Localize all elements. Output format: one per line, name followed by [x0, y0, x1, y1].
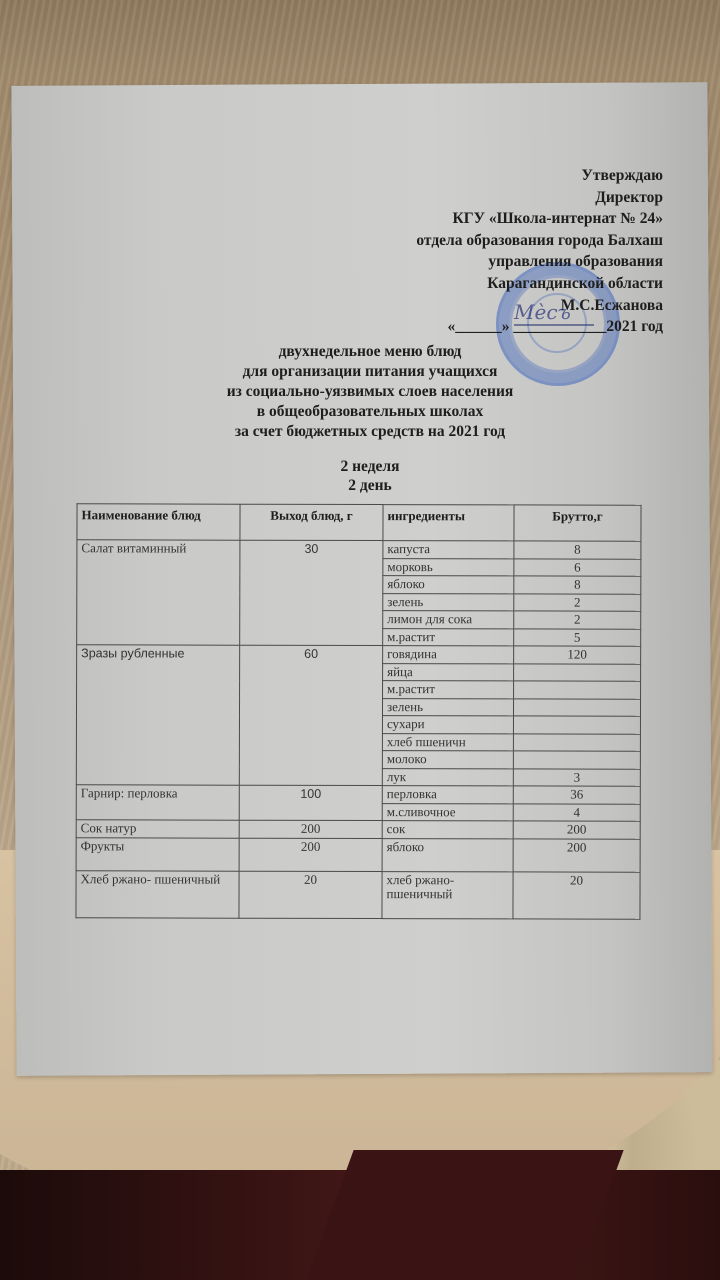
approval-line: отдела образования города Балхаш — [416, 230, 663, 252]
ingredient-gross: 2 — [514, 593, 641, 611]
dish-name: Сок натур — [76, 820, 239, 838]
dish-output: 200 — [239, 820, 382, 838]
ingredient-gross — [513, 733, 640, 751]
ingredient-name: хлеб ржано-пшеничный — [382, 871, 513, 918]
ingredient-gross: 6 — [514, 558, 641, 576]
signature: Мѐсъ — [514, 300, 594, 326]
header-output: Выход блюд, г — [240, 504, 383, 540]
ingredient-name: яйца — [383, 663, 514, 681]
ingredient-gross: 8 — [514, 576, 641, 594]
ingredient-gross — [514, 663, 641, 681]
ingredient-name: лук — [382, 768, 513, 786]
approval-line: Директор — [416, 187, 663, 209]
ingredient-name: м.сливочное — [382, 803, 513, 821]
ingredient-name: говядина — [383, 646, 514, 664]
header-ingredients: ингредиенты — [383, 505, 514, 541]
approval-line: управления образования — [416, 251, 663, 273]
day-label: 2 день — [280, 476, 460, 495]
week-day-heading: 2 неделя 2 день — [280, 457, 460, 495]
ingredient-gross — [513, 698, 640, 716]
dish-name: Гарнир: перловка — [76, 785, 239, 820]
table-row: Зразы рубленные 60 говядина 120 — [77, 645, 641, 664]
ingredient-gross: 4 — [513, 803, 640, 821]
ingredient-name: лимон для сока — [383, 611, 514, 629]
table-row: Хлеб ржано- пшеничный 20 хлеб ржано-пшен… — [76, 870, 640, 918]
ingredient-gross: 36 — [513, 786, 640, 804]
ingredient-gross: 3 — [513, 768, 640, 786]
ingredient-gross — [513, 716, 640, 734]
ingredient-gross: 20 — [513, 871, 640, 918]
ingredient-gross: 5 — [514, 628, 641, 646]
title-line: за счет бюджетных средств на 2021 год — [180, 422, 560, 442]
ingredient-name: яблоко — [383, 576, 514, 594]
dish-output: 100 — [239, 785, 382, 820]
title-line: для организации питания учащихся — [180, 362, 560, 382]
title-line: двухнедельное меню блюд — [180, 342, 560, 362]
ingredient-gross — [514, 681, 641, 699]
dish-name: Фрукты — [76, 837, 239, 870]
table-row: Фрукты 200 яблоко 200 — [76, 837, 640, 871]
table-row: Салат витаминный 30 капуста 8 — [77, 540, 641, 559]
ingredient-gross: 8 — [514, 541, 641, 559]
header-dish-name: Наименование блюд — [77, 504, 240, 540]
ingredient-name: хлеб пшеничн — [382, 733, 513, 751]
ingredient-name: капуста — [383, 541, 514, 559]
approval-line: Карагандинской области — [416, 273, 663, 295]
ingredient-gross: 200 — [513, 838, 640, 871]
dish-name: Зразы рубленные — [76, 645, 239, 785]
table-header-row: Наименование блюд Выход блюд, г ингредие… — [77, 504, 641, 541]
menu-table: Наименование блюд Выход блюд, г ингредие… — [75, 503, 641, 919]
ingredient-name: перловка — [382, 786, 513, 804]
approval-line: Утверждаю — [416, 165, 663, 187]
ingredient-gross — [513, 751, 640, 769]
week-label: 2 неделя — [280, 457, 460, 476]
ingredient-name: м.растит — [383, 681, 514, 699]
document-title: двухнедельное меню блюд для организации … — [180, 342, 560, 442]
ingredient-gross: 2 — [514, 611, 641, 629]
ingredient-name: сухари — [382, 716, 513, 734]
table-row: Гарнир: перловка 100 перловка 36 — [76, 785, 640, 804]
ingredient-gross: 120 — [514, 646, 641, 664]
dark-fabric-fold — [306, 1150, 623, 1280]
ingredient-name: зелень — [382, 698, 513, 716]
title-line: из социально-уязвимых слоев населения — [180, 382, 560, 402]
dish-output: 60 — [239, 645, 382, 785]
title-line: в общеобразовательных школах — [180, 402, 560, 422]
dish-name: Салат витаминный — [77, 540, 240, 645]
dish-output: 200 — [239, 838, 382, 871]
dish-output: 20 — [239, 871, 382, 918]
approval-line: КГУ «Школа-интернат № 24» — [416, 208, 663, 230]
ingredient-name: морковь — [383, 558, 514, 576]
ingredient-name: сок — [382, 821, 513, 839]
header-gross: Брутто,г — [514, 505, 641, 541]
ingredient-name: м.растит — [383, 628, 514, 646]
ingredient-name: зелень — [383, 593, 514, 611]
ingredient-gross: 200 — [513, 821, 640, 839]
table-row: Сок натур 200 сок 200 — [76, 820, 640, 839]
dish-output: 30 — [240, 540, 383, 645]
ingredient-name: молоко — [382, 751, 513, 769]
dish-name: Хлеб ржано- пшеничный — [76, 870, 239, 917]
ingredient-name: яблоко — [382, 838, 513, 871]
